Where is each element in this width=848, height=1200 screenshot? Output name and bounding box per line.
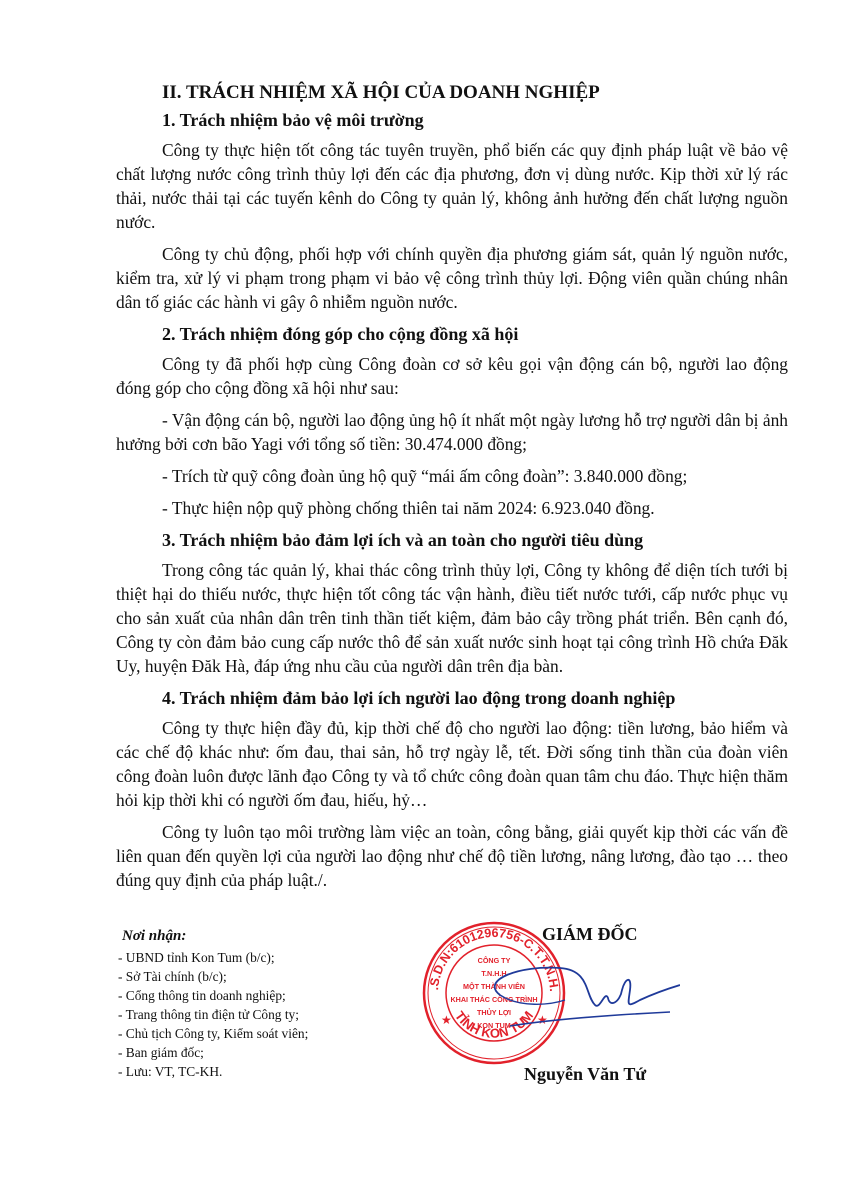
bullet-item: - Vận động cán bộ, người lao động ủng hộ… bbox=[116, 408, 788, 456]
recipient-item: - UBND tỉnh Kon Tum (b/c); bbox=[118, 948, 418, 967]
subsection-title-1: 1. Trách nhiệm bảo vệ môi trường bbox=[162, 108, 788, 132]
recipients-title: Nơi nhận: bbox=[122, 926, 418, 946]
paragraph: Công ty chủ động, phối hợp với chính quy… bbox=[116, 242, 788, 314]
recipient-item: - Chủ tịch Công ty, Kiểm soát viên; bbox=[118, 1024, 418, 1043]
document-page: II. TRÁCH NHIỆM XÃ HỘI CỦA DOANH NGHIỆP … bbox=[0, 0, 848, 1200]
recipient-item: - Ban giám đốc; bbox=[118, 1043, 418, 1062]
recipient-item: - Trang thông tin điện tử Công ty; bbox=[118, 1005, 418, 1024]
subsection-title-4: 4. Trách nhiệm đảm bảo lợi ích người lao… bbox=[162, 686, 788, 710]
paragraph: Công ty đã phối hợp cùng Công đoàn cơ sở… bbox=[116, 352, 788, 400]
paragraph: Công ty thực hiện đầy đủ, kịp thời chế đ… bbox=[116, 716, 788, 812]
signature-icon bbox=[480, 960, 680, 1030]
recipient-item: - Lưu: VT, TC-KH. bbox=[118, 1062, 418, 1081]
document-body: II. TRÁCH NHIỆM XÃ HỘI CỦA DOANH NGHIỆP … bbox=[116, 80, 788, 900]
recipients-block: Nơi nhận: - UBND tỉnh Kon Tum (b/c); - S… bbox=[118, 926, 418, 1081]
signer-name: Nguyễn Văn Tứ bbox=[524, 1064, 646, 1085]
recipient-item: - Cổng thông tin doanh nghiệp; bbox=[118, 986, 418, 1005]
paragraph: Công ty luôn tạo môi trường làm việc an … bbox=[116, 820, 788, 892]
paragraph: Trong công tác quản lý, khai thác công t… bbox=[116, 558, 788, 678]
recipient-item: - Sở Tài chính (b/c); bbox=[118, 967, 418, 986]
recipients-list: - UBND tỉnh Kon Tum (b/c); - Sở Tài chín… bbox=[118, 948, 418, 1081]
section-heading: II. TRÁCH NHIỆM XÃ HỘI CỦA DOANH NGHIỆP bbox=[162, 80, 788, 106]
paragraph: Công ty thực hiện tốt công tác tuyên tru… bbox=[116, 138, 788, 234]
bullet-item: - Thực hiện nộp quỹ phòng chống thiên ta… bbox=[116, 496, 788, 520]
subsection-title-3: 3. Trách nhiệm bảo đảm lợi ích và an toà… bbox=[162, 528, 788, 552]
bullet-item: - Trích từ quỹ công đoàn ủng hộ quỹ “mái… bbox=[116, 464, 788, 488]
subsection-title-2: 2. Trách nhiệm đóng góp cho cộng đồng xã… bbox=[162, 322, 788, 346]
svg-text:★: ★ bbox=[441, 1013, 452, 1027]
